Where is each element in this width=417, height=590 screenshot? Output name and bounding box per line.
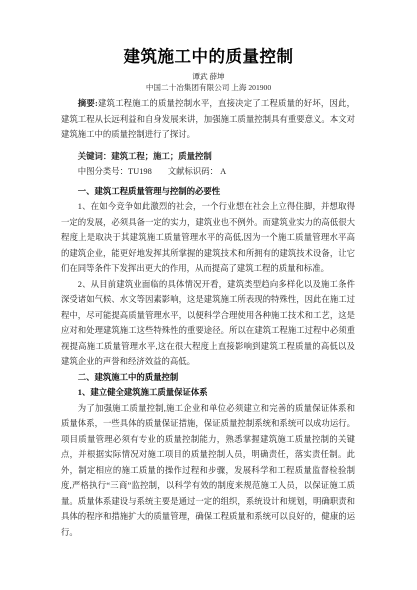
document-affiliation: 中国二十冶集团有限公司 上海 201900	[0, 82, 417, 93]
doc-code-value: A	[220, 167, 226, 176]
section-2-subheading: 1、建立健全建筑施工质量保证体系	[61, 385, 355, 401]
abstract-label: 摘要:	[78, 99, 98, 108]
keywords-label: 关键词：	[78, 152, 112, 161]
keywords-text: 建筑工程；施工；质量控制	[111, 152, 212, 161]
keywords-line: 关键词：建筑工程；施工；质量控制	[61, 149, 355, 165]
section-1-paragraph-1: 1、在如今竞争如此激烈的社会，一个行业想在社会上立得住脚，并想取得一定的发展，必…	[61, 199, 355, 277]
meta-line: 中图分类号：TU198文献标识码： A	[61, 164, 355, 180]
document-title: 建筑施工中的质量控制	[0, 0, 417, 69]
document-body: 摘要:建筑工程施工的质量控制水平，直接决定了工程质量的好坏，因此，建筑工程从长远…	[61, 96, 355, 540]
abstract-paragraph: 摘要:建筑工程施工的质量控制水平，直接决定了工程质量的好坏，因此，建筑工程从长远…	[61, 96, 355, 143]
clc-label: 中图分类号：	[78, 167, 128, 176]
abstract-text: 建筑工程施工的质量控制水平，直接决定了工程质量的好坏，因此，建筑工程从长远利益和…	[61, 99, 355, 139]
section-2-paragraph-1: 为了加强施工质量控制,施工企业和单位必须建立和完善的质量保证体系和质量体系，一些…	[61, 401, 355, 541]
section-2-heading: 二、建筑施工中的质量控制	[61, 370, 355, 386]
section-1-heading: 一、建筑工程质量管理与控制的必要性	[61, 184, 355, 200]
section-1-paragraph-2: 2、从目前建筑业面临的具体情况开看，建筑类型趋向多样化以及施工条件深受诸如气候、…	[61, 277, 355, 370]
doc-code-label: 文献标识码：	[168, 167, 218, 176]
clc-value: TU198	[128, 167, 152, 176]
document-page: 建筑施工中的质量控制 谭武 薛坤 中国二十冶集团有限公司 上海 201900 摘…	[0, 0, 417, 590]
document-authors: 谭武 薛坤	[0, 71, 417, 82]
